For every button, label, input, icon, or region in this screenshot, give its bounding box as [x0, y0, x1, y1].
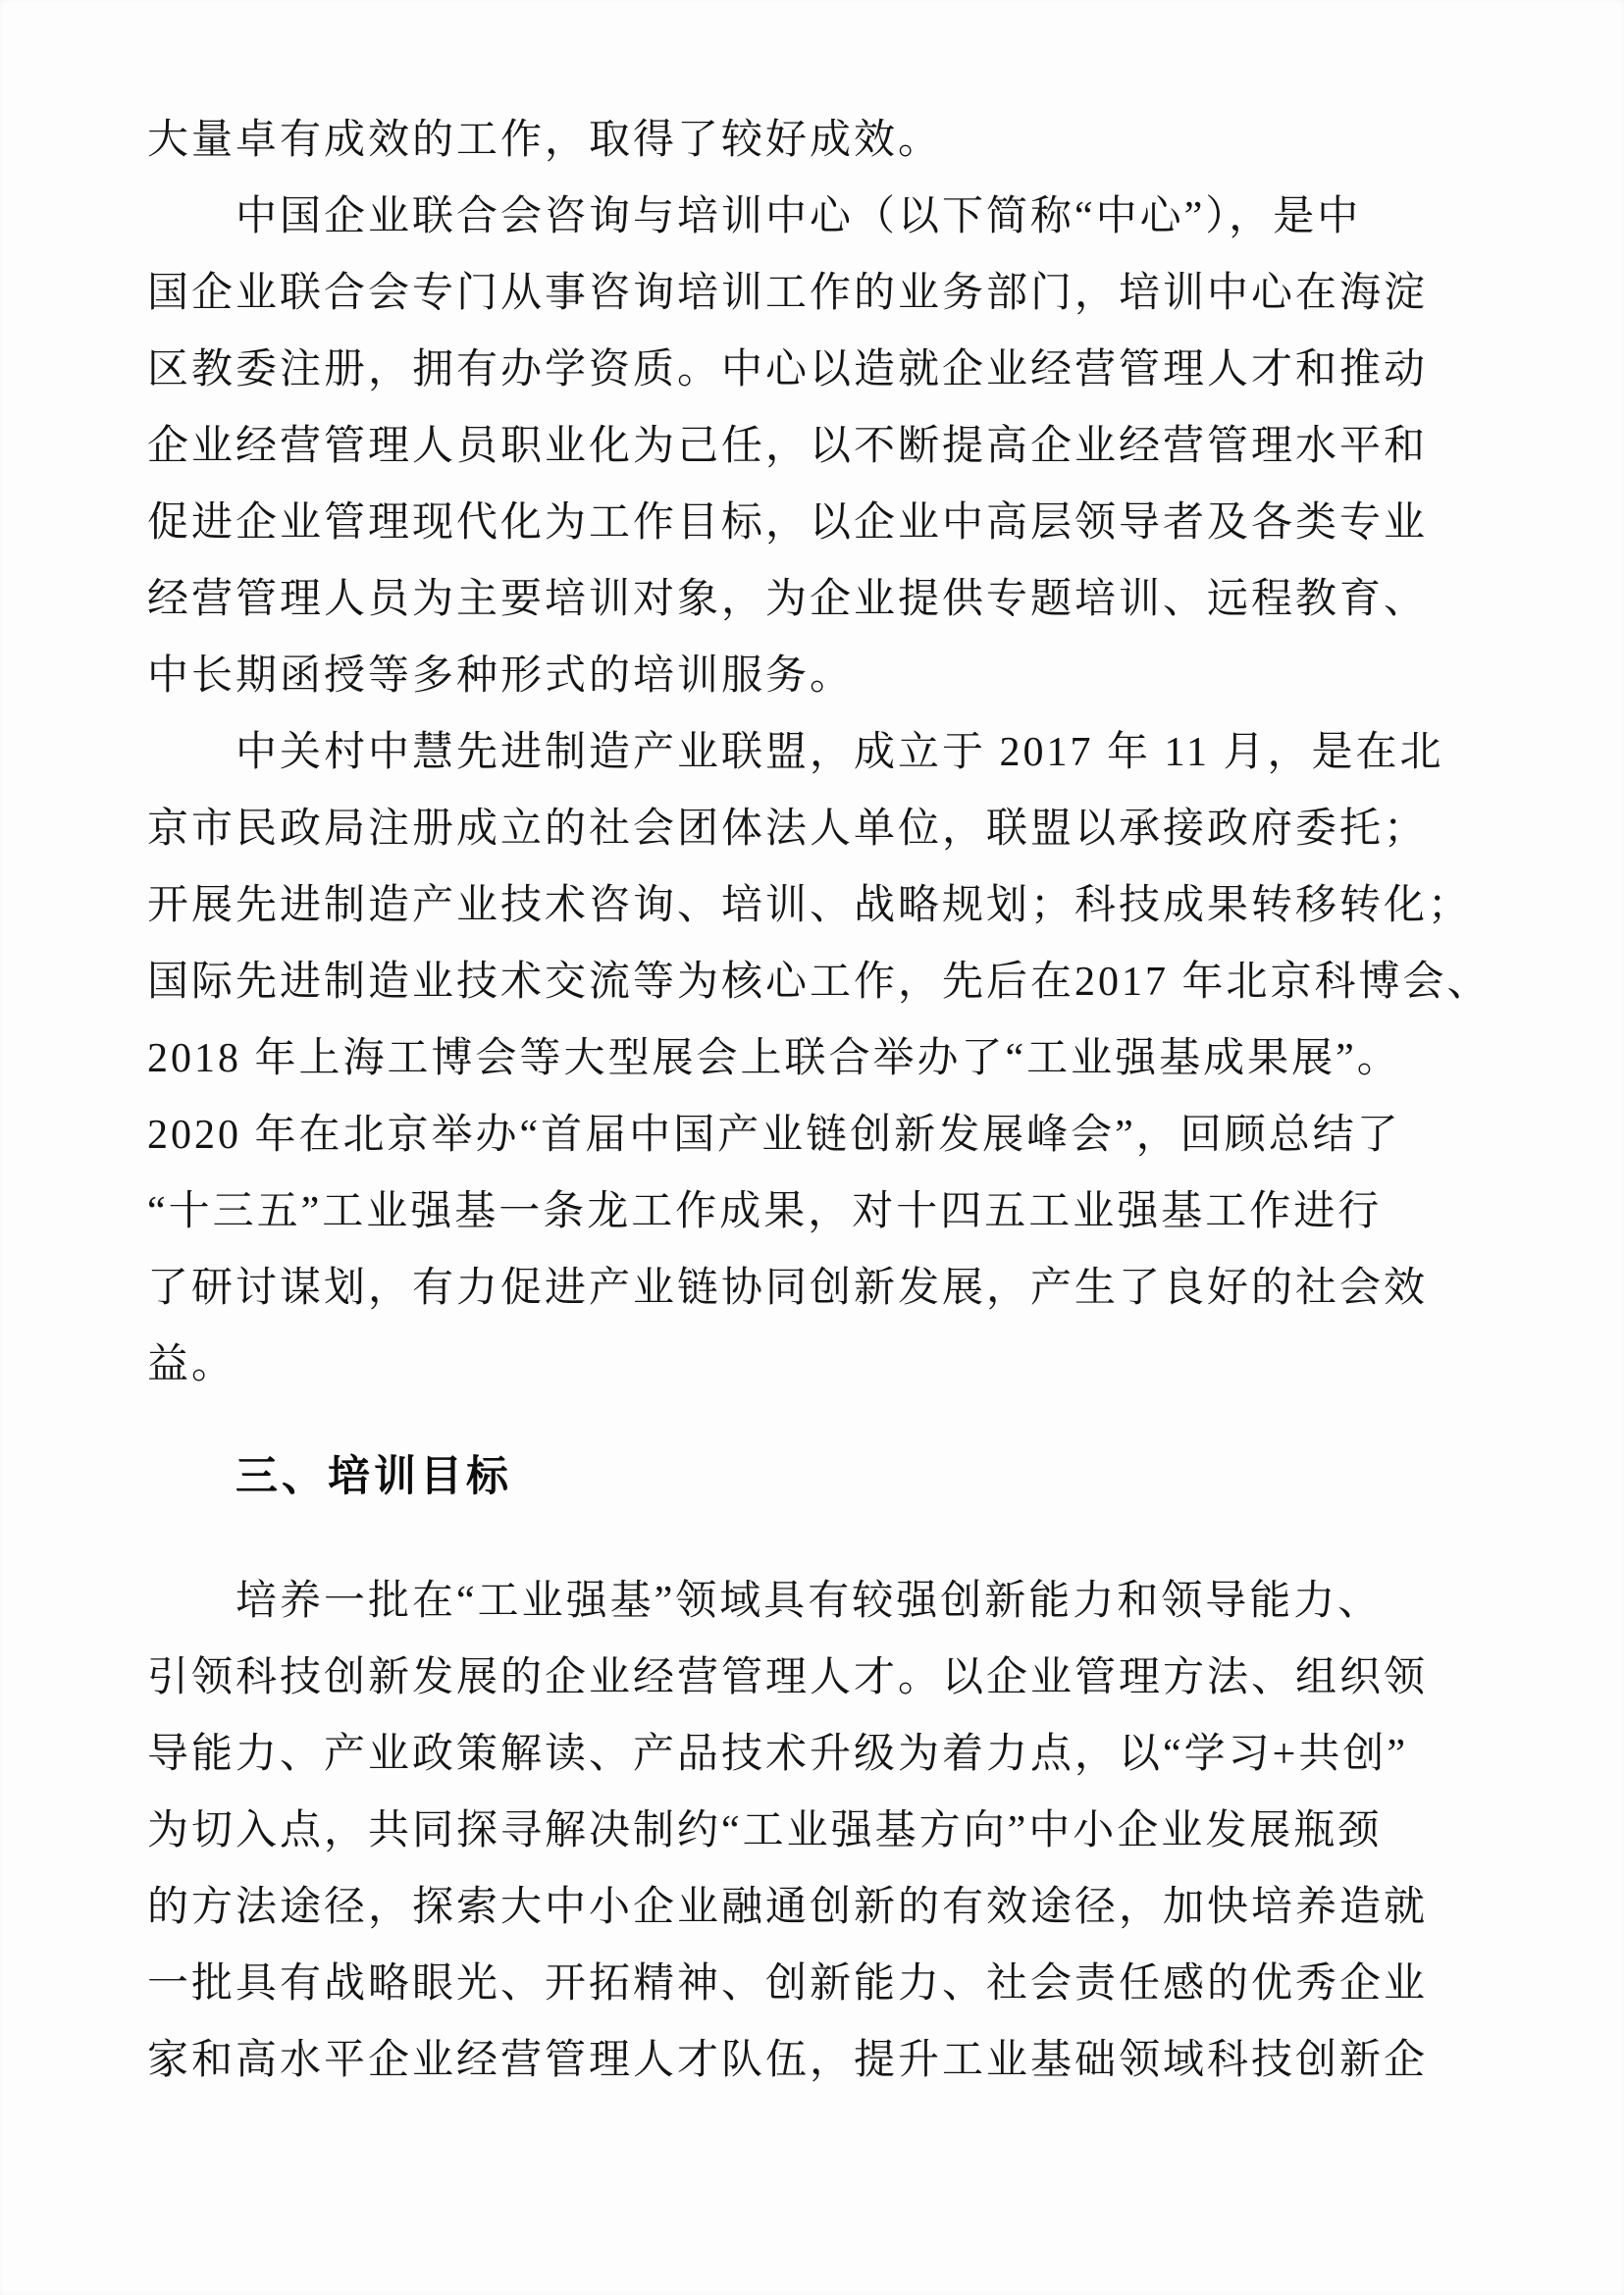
text-line: 中长期函授等多种形式的培训服务。: [147, 638, 1541, 714]
text-line: 开展先进制造产业技术咨询、培训、战略规划；科技成果转移转化；: [147, 867, 1541, 944]
text-line: 中关村中慧先进制造产业联盟，成立于 2017 年 11 月，是在北: [147, 714, 1541, 791]
text-line: 培养一批在“工业强基”领域具有较强创新能力和领导能力、: [147, 1563, 1541, 1640]
text-line: 中国企业联合会咨询与培训中心（以下简称“中心”），是中: [147, 179, 1541, 255]
text-line: “十三五”工业强基一条龙工作成果，对十四五工业强基工作进行: [147, 1174, 1541, 1250]
text-line: 区教委注册，拥有办学资质。中心以造就企业经营管理人才和推动: [147, 332, 1541, 408]
section-heading-training-goals: 三、培训目标: [147, 1438, 1541, 1515]
text-line: 家和高水平企业经营管理人才队伍，提升工业基础领域科技创新企: [147, 2022, 1541, 2099]
text-line: 促进企业管理现代化为工作目标，以企业中高层领导者及各类专业: [147, 485, 1541, 561]
text-line: 大量卓有成效的工作，取得了较好成效。: [147, 102, 1541, 179]
text-line: 京市民政局注册成立的社会团体法人单位，联盟以承接政府委托；: [147, 791, 1541, 867]
text-line: 益。: [147, 1327, 1541, 1403]
document-page: 大量卓有成效的工作，取得了较好成效。 中国企业联合会咨询与培训中心（以下简称“中…: [0, 0, 1624, 2295]
text-line: 企业经营管理人员职业化为己任，以不断提高企业经营管理水平和: [147, 408, 1541, 485]
text-line: 一批具有战略眼光、开拓精神、创新能力、社会责任感的优秀企业: [147, 1946, 1541, 2022]
text-line: 的方法途径，探索大中小企业融通创新的有效途径，加快培养造就: [147, 1869, 1541, 1946]
text-line: 2020 年在北京举办“首届中国产业链创新发展峰会”，回顾总结了: [147, 1097, 1541, 1174]
text-line: 经营管理人员为主要培训对象，为企业提供专题培训、远程教育、: [147, 561, 1541, 638]
text-line: 2018 年上海工博会等大型展会上联合举办了“工业强基成果展”。: [147, 1020, 1541, 1097]
text-line: 国企业联合会专门从事咨询培训工作的业务部门，培训中心在海淀: [147, 255, 1541, 332]
text-line: 了研讨谋划，有力促进产业链协同创新发展，产生了良好的社会效: [147, 1250, 1541, 1327]
document-content: 大量卓有成效的工作，取得了较好成效。 中国企业联合会咨询与培训中心（以下简称“中…: [147, 102, 1541, 2099]
text-line: 国际先进制造业技术交流等为核心工作，先后在2017 年北京科博会、: [147, 944, 1541, 1020]
text-line: 导能力、产业政策解读、产品技术升级为着力点，以“学习+共创”: [147, 1716, 1541, 1793]
text-line: 为切入点，共同探寻解决制约“工业强基方向”中小企业发展瓶颈: [147, 1793, 1541, 1869]
text-line: 引领科技创新发展的企业经营管理人才。以企业管理方法、组织领: [147, 1640, 1541, 1716]
